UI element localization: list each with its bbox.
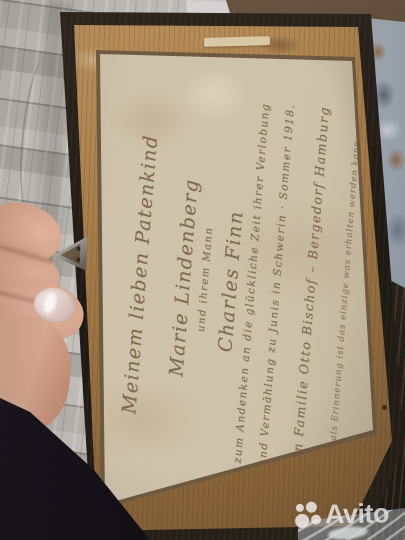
photo-antique-frame-back: Meinem lieben Patenkind Marie Lindenberg… <box>0 0 405 540</box>
photo-vignette <box>0 0 405 540</box>
